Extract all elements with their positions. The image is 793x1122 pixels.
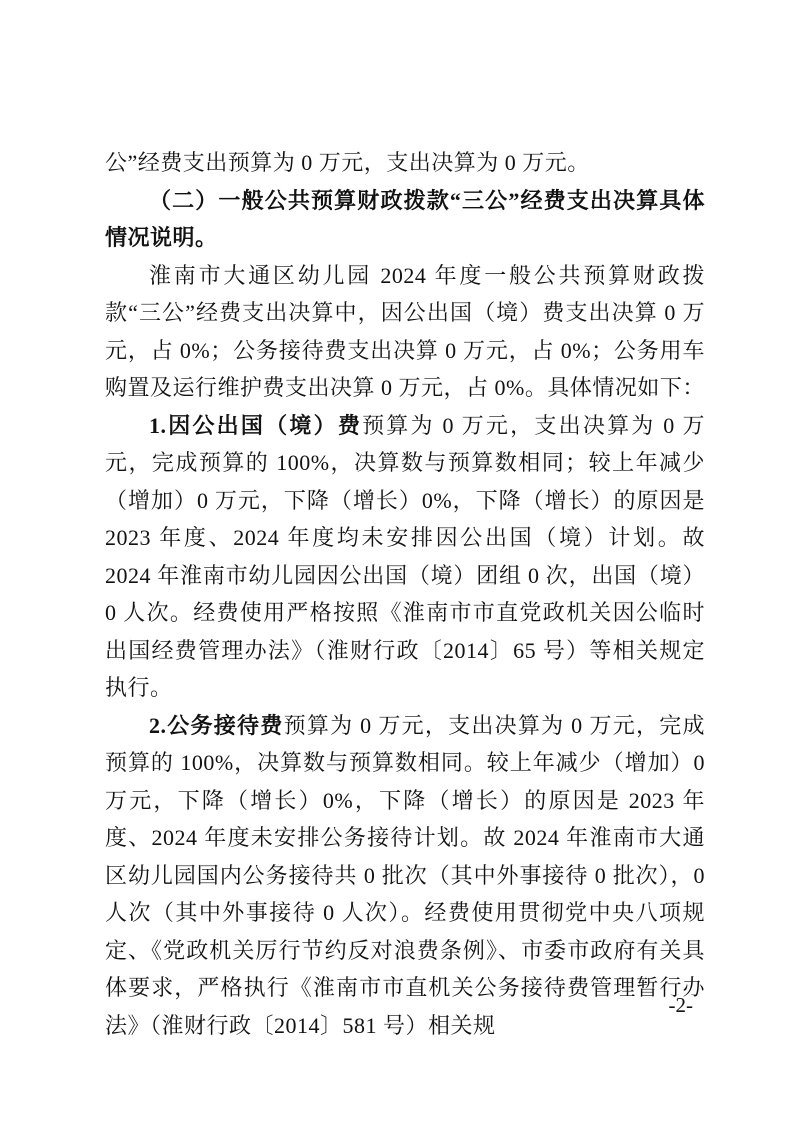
item-label-overseas-travel: 1.因公出国（境）费: [149, 413, 362, 438]
paragraph-overseas-travel-expense: 1.因公出国（境）费预算为 0 万元，支出决算为 0 万元，完成预算的 100%…: [105, 407, 705, 707]
paragraph-text: 预算为 0 万元，支出决算为 0 万元，完成预算的 100%，决算数与预算数相同…: [105, 413, 705, 701]
document-page: 公”经费支出预算为 0 万元，支出决算为 0 万元。 （二）一般公共预算财政拨款…: [0, 0, 793, 1122]
page-number: -2-: [669, 990, 694, 1020]
paragraph-text: 公”经费支出预算为 0 万元，支出决算为 0 万元。: [105, 150, 590, 175]
paragraph-text: 淮南市大通区幼儿园 2024 年度一般公共预算财政拨款“三公”经费支出决算中，因…: [105, 263, 705, 401]
section-heading-three-public-funds: （二）一般公共预算财政拨款“三公”经费支出决算具体情况说明。: [105, 182, 705, 257]
paragraph-overview: 淮南市大通区幼儿园 2024 年度一般公共预算财政拨款“三公”经费支出决算中，因…: [105, 257, 705, 407]
paragraph-continuation: 公”经费支出预算为 0 万元，支出决算为 0 万元。: [105, 144, 705, 182]
item-label-official-reception: 2.公务接待费: [149, 713, 284, 738]
heading-text: （二）一般公共预算财政拨款“三公”经费支出决算具体情况说明。: [105, 188, 705, 251]
document-body: 公”经费支出预算为 0 万元，支出决算为 0 万元。 （二）一般公共预算财政拨款…: [105, 144, 705, 1044]
paragraph-text: 预算为 0 万元，支出决算为 0 万元，完成预算的 100%，决算数与预算数相同…: [105, 713, 705, 1038]
paragraph-official-reception-expense: 2.公务接待费预算为 0 万元，支出决算为 0 万元，完成预算的 100%，决算…: [105, 707, 705, 1045]
